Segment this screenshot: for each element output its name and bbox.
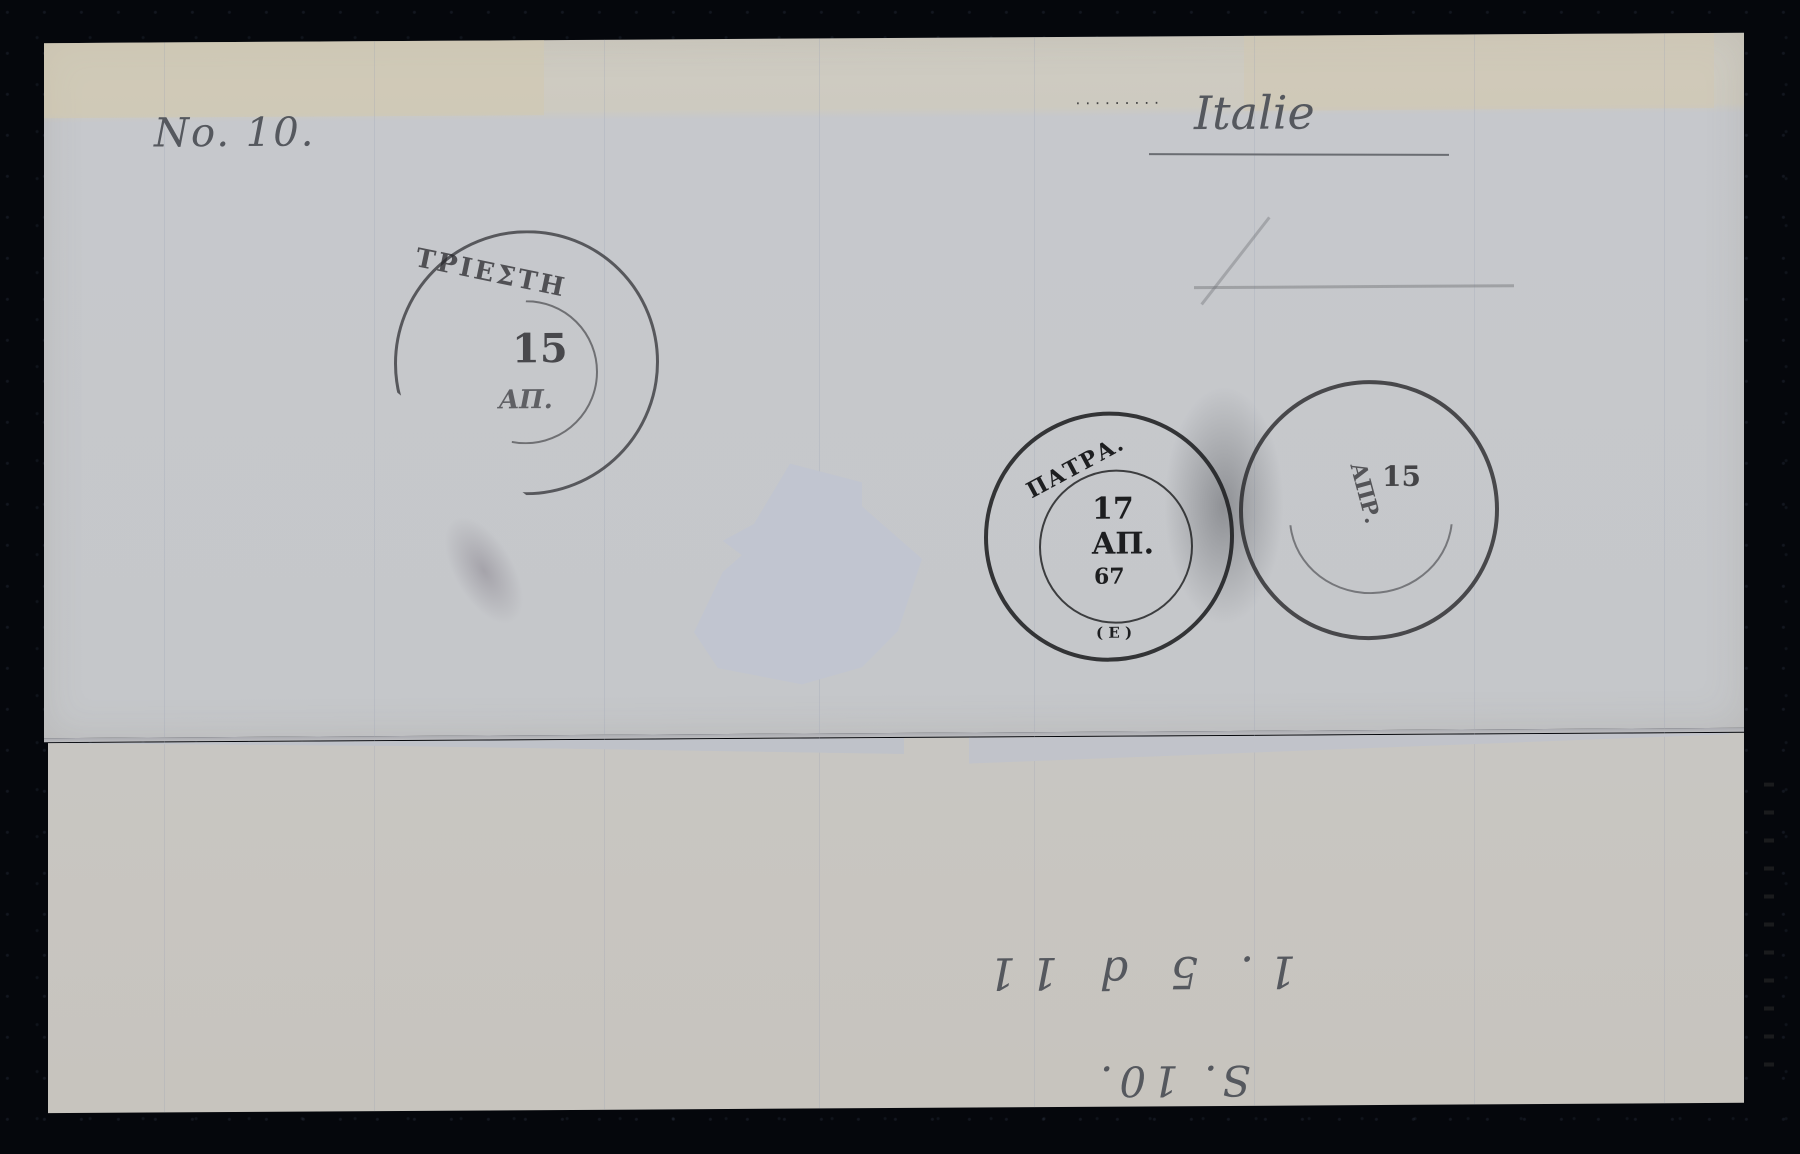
laid-line	[604, 40, 605, 1110]
postmark-year: 67	[1094, 564, 1125, 590]
inverted-pencil-note: S. 10.	[1094, 1056, 1251, 1106]
toned-strip-left	[44, 40, 544, 118]
patras-postmark: ΠΑΤΡΑ. 17 ΑΠ. 67 ( Ε )	[984, 411, 1234, 663]
postal-cover: No. 10. ········· Italie ΤΡΙΕΣΤΗ 15 ΑΠ. …	[44, 33, 1744, 1113]
postmark-footer: ( Ε )	[1096, 624, 1132, 642]
postmark-month: ΑΠ.	[499, 385, 553, 415]
postmark-day: 17	[1092, 492, 1134, 527]
edge-ink-marks	[1764, 783, 1774, 1083]
second-greek-postmark: 15 ΑΠΡ.	[1239, 379, 1499, 641]
postmark-month: ΑΠ.	[1092, 526, 1154, 561]
laid-line	[1664, 33, 1665, 1103]
postmark-day: 15	[512, 325, 568, 372]
trieste-postmark: ΤΡΙΕΣΤΗ 15 ΑΠ.	[394, 229, 659, 496]
bottom-flap	[48, 733, 1744, 1113]
destination-note: Italie	[1194, 85, 1315, 140]
docket-number: No. 10.	[154, 110, 315, 157]
inverted-pencil-note: 1. 5 d 11	[974, 946, 1296, 999]
laid-line	[374, 41, 375, 1111]
laid-line	[164, 42, 165, 1112]
postmark-day: 15	[1382, 460, 1421, 493]
faint-marks: ·········	[1074, 96, 1162, 112]
